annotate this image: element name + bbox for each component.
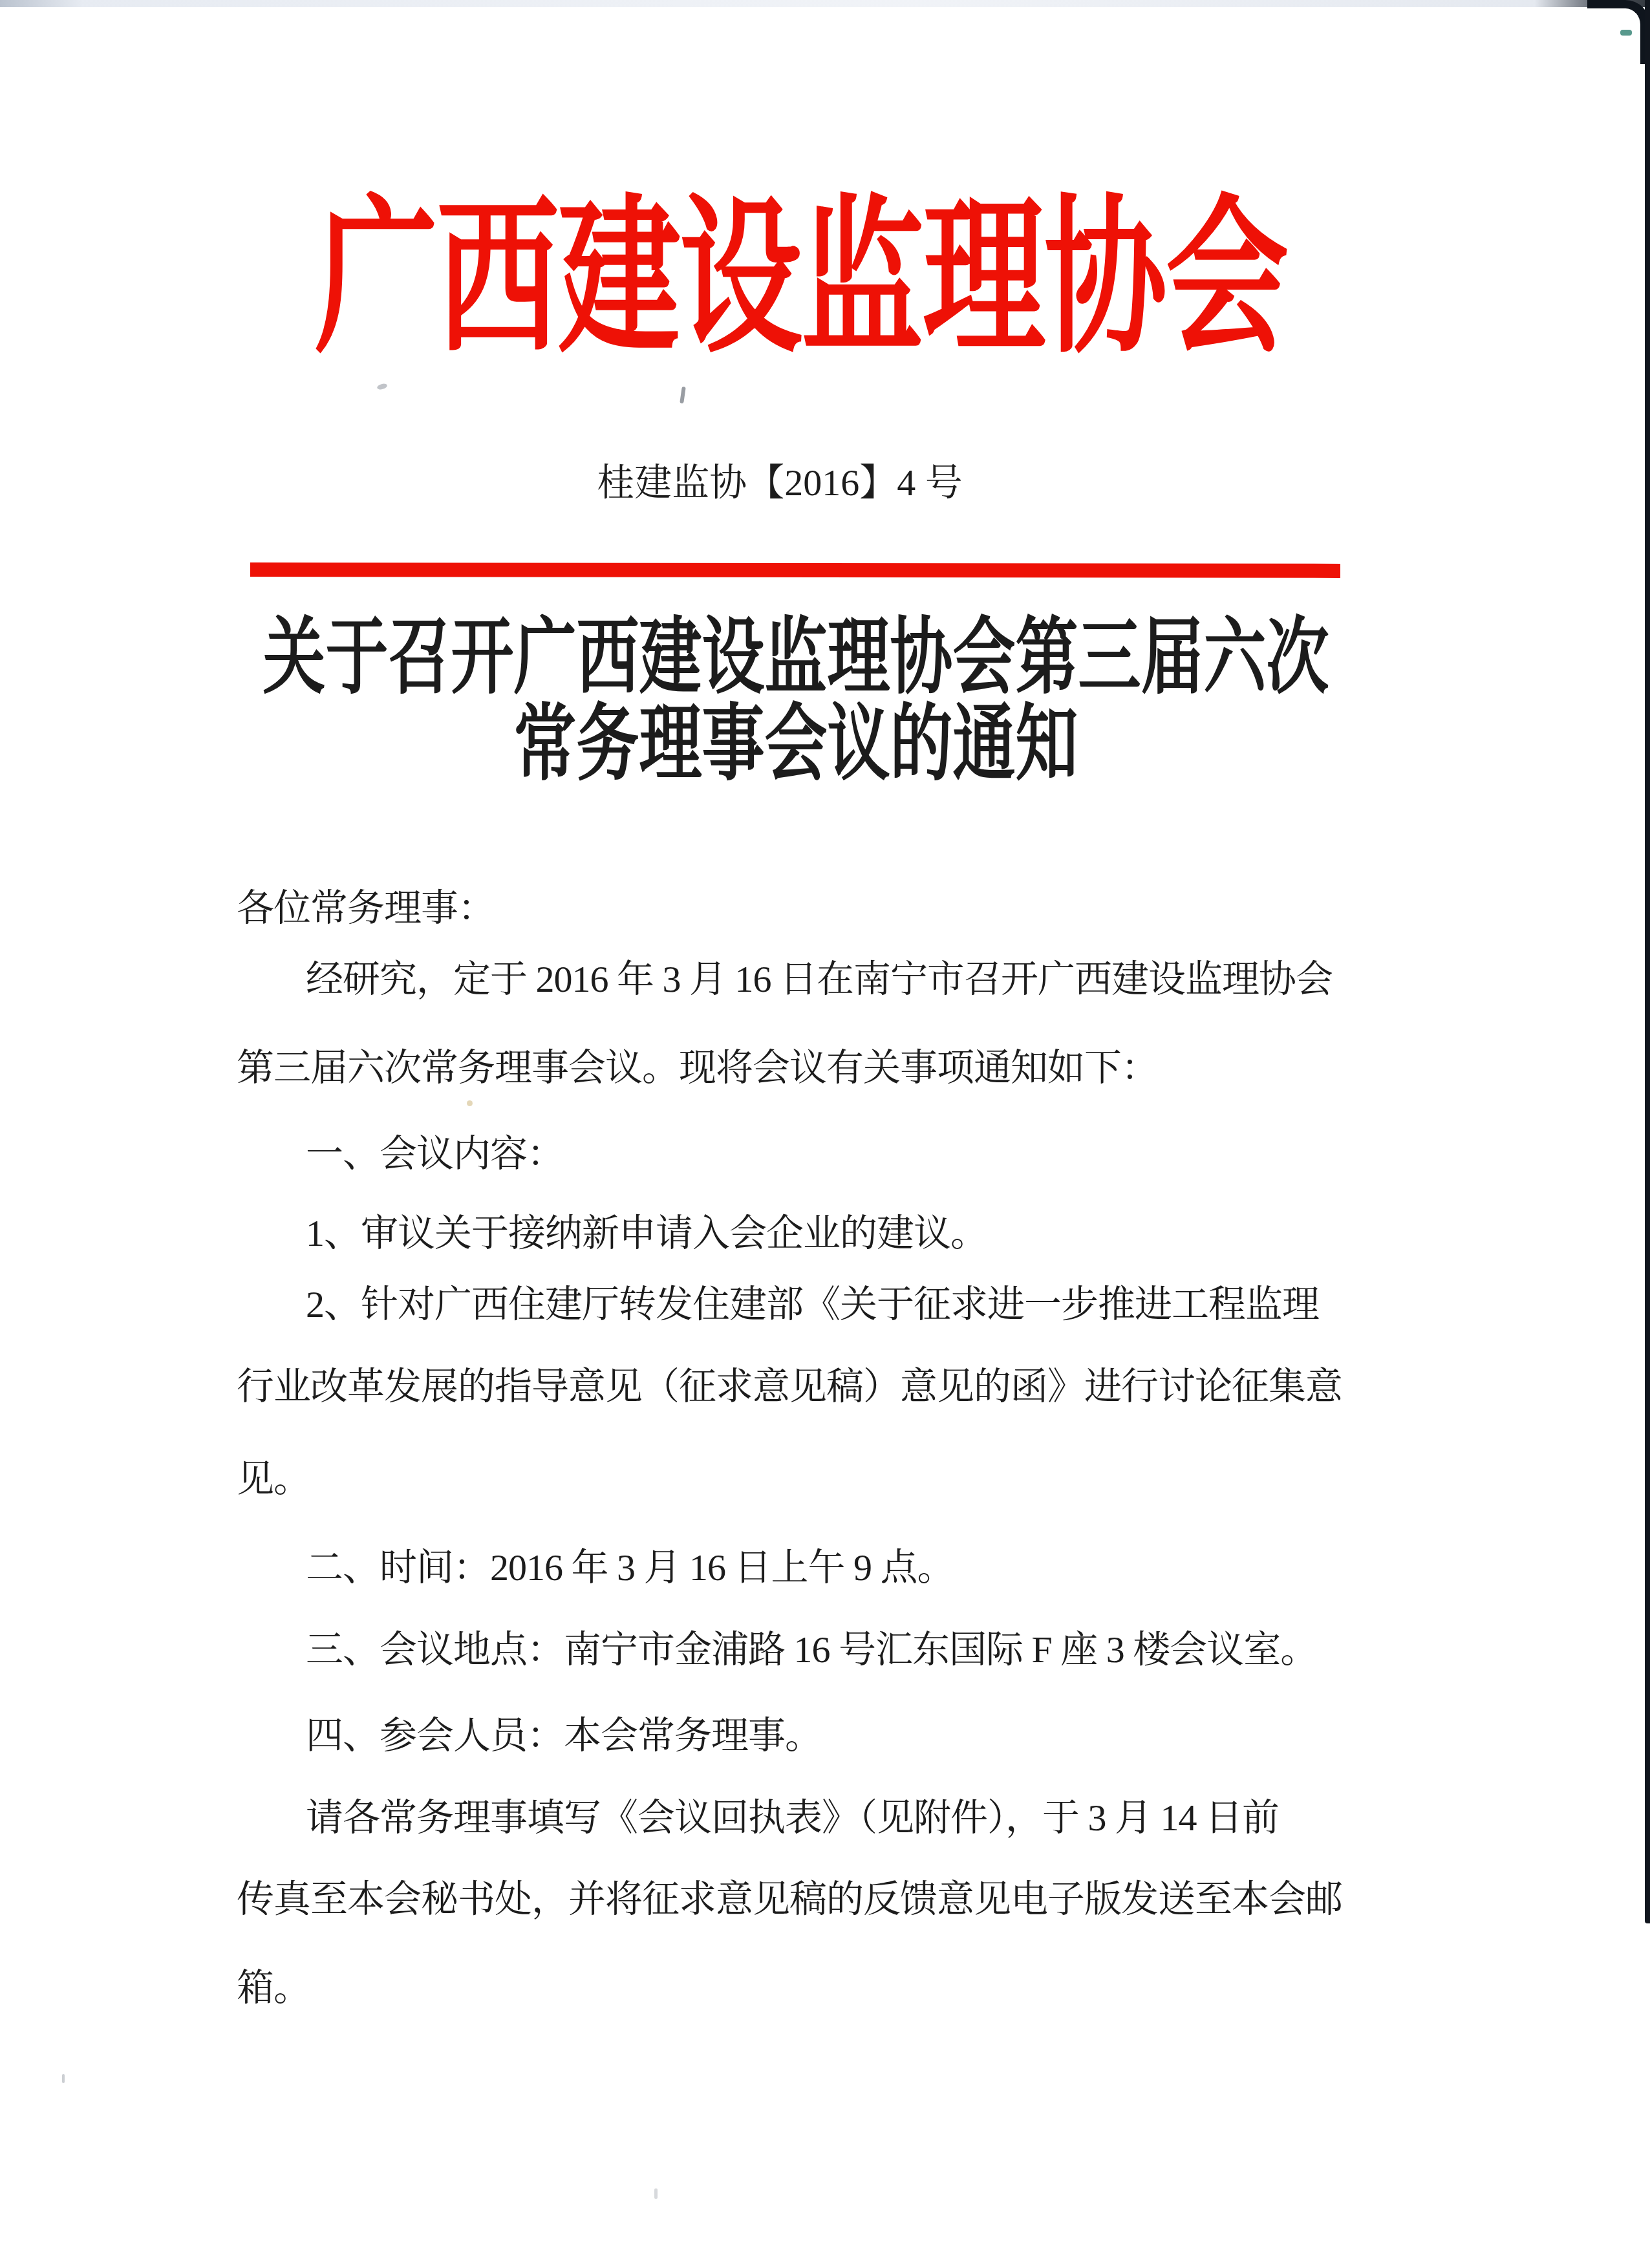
red-divider-line bbox=[250, 562, 1340, 578]
body-line: 第三届六次常务理事会议。现将会议有关事项通知如下： bbox=[237, 1045, 1158, 1091]
body-line: 一、会议内容： bbox=[306, 1131, 564, 1177]
body-line: 箱。 bbox=[237, 1965, 310, 2011]
doc-title-line-2: 常务理事会议的通知 bbox=[237, 703, 1355, 786]
scan-corner-artifact bbox=[1587, 0, 1650, 64]
body-line: 经研究，定于 2016 年 3 月 16 日在南宁市召开广西建设监理协会 bbox=[306, 957, 1333, 1002]
scan-speck bbox=[467, 1100, 473, 1106]
org-name-header: 广西建设监理协会 bbox=[315, 195, 1323, 365]
scan-speck bbox=[62, 2074, 65, 2083]
doc-number: 桂建监协【2016】4 号 bbox=[237, 460, 1323, 506]
body-line: 传真至本会秘书处，并将征求意见稿的反馈意见电子版发送至本会邮 bbox=[237, 1877, 1342, 1922]
scan-speck bbox=[654, 2188, 658, 2199]
body-line: 请各常务理事填写《会议回执表》（见附件），于 3 月 14 日前 bbox=[306, 1795, 1279, 1841]
body-line: 各位常务理事： bbox=[237, 886, 495, 931]
body-line: 见。 bbox=[237, 1457, 310, 1502]
scanned-notice-page: 广西建设监理协会 桂建监协【2016】4 号 关于召开广西建设监理协会第三届六次… bbox=[0, 0, 1650, 2268]
body-line: 行业改革发展的指导意见（征求意见稿）意见的函》进行讨论征集意 bbox=[237, 1364, 1342, 1409]
body-line: 1、审议关于接纳新申请入会企业的建议。 bbox=[306, 1211, 987, 1256]
scan-speck bbox=[680, 387, 686, 404]
body-line: 四、参会人员：本会常务理事。 bbox=[306, 1713, 822, 1759]
scan-speck bbox=[1620, 30, 1632, 36]
scan-top-edge-artifact bbox=[0, 0, 1650, 7]
scan-speck bbox=[376, 383, 388, 390]
body-line: 2、针对广西住建厅转发住建部《关于征求进一步推进工程监理 bbox=[306, 1282, 1319, 1327]
body-line: 二、时间：2016 年 3 月 16 日上午 9 点。 bbox=[306, 1545, 954, 1590]
body-line: 三、会议地点：南宁市金浦路 16 号汇东国际 F 座 3 楼会议室。 bbox=[306, 1627, 1317, 1673]
scan-right-edge-artifact bbox=[1645, 0, 1650, 1923]
doc-title-line-1: 关于召开广西建设监理协会第三届六次 bbox=[237, 616, 1355, 700]
